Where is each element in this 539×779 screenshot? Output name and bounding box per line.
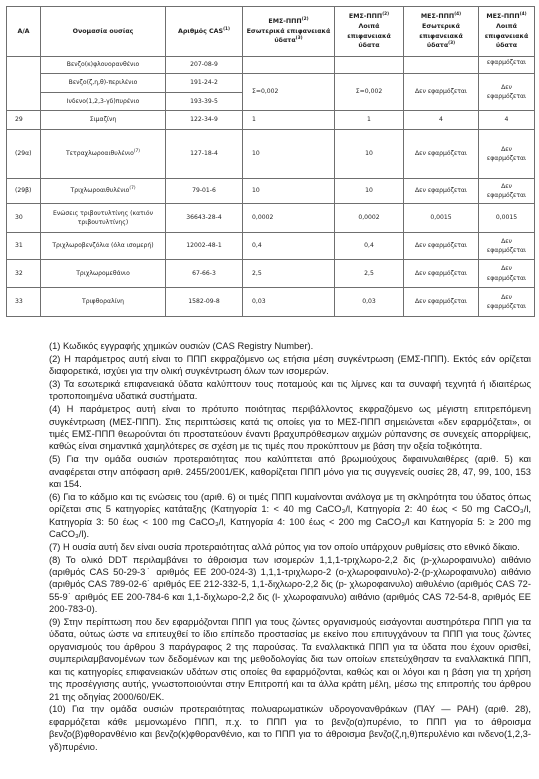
ems-other-value: 1 <box>335 111 404 130</box>
substance-name: Τριχλωρομεθάνιο <box>41 260 166 288</box>
ems-inland-value: 10 <box>243 179 335 204</box>
priority-substances-table: Α/Α Ονομασία ουσίας Αριθμός CAS(1) ΕΜΣ-Π… <box>6 6 535 317</box>
footnote-6: (6) Για το κάδμιο και τις ενώσεις του (α… <box>49 491 531 541</box>
substance-name: Τριχλωροβενζόλια (όλα ισομερή) <box>41 233 166 260</box>
ems-inland-value: 10 <box>243 130 335 179</box>
row-aa: (29α) <box>7 130 41 179</box>
cas-number: 127-18-4 <box>166 130 243 179</box>
table-row: (29β)Τριχλωροαιθυλένιο(7)79-01-61010Δεν … <box>7 179 535 204</box>
header-ems-inland: ΕΜΣ-ΠΠΠ(2)Εσωτερικά επιφανειακά ύδατα(3) <box>243 7 335 57</box>
mes-other-value: 4 <box>479 111 535 130</box>
cas-number: 36643-28-4 <box>166 204 243 233</box>
header-mes-other: ΜΕΣ-ΠΠΠ(4)Λοιπά επιφανειακά ύδατα <box>479 7 535 57</box>
footnotes: (1) Κωδικός εγγραφής χημικών ουσιών (CAS… <box>49 340 531 753</box>
table-row: 31Τριχλωροβενζόλια (όλα ισομερή)12002-48… <box>7 233 535 260</box>
mes-inland-value: Δεν εφαρμόζεται <box>404 130 479 179</box>
footnote-5: (5) Για την ομάδα ουσιών προτεραιότητας … <box>49 453 531 490</box>
ems-inland-value: 1 <box>243 111 335 130</box>
row-aa: 30 <box>7 204 41 233</box>
row-aa: 33 <box>7 288 41 317</box>
table-row: Βενζο(κ)φλουορανθένιο 207-08-9 εφαρμόζετ… <box>7 57 535 74</box>
row-aa: 29 <box>7 111 41 130</box>
mes-other-value: 0,0015 <box>479 204 535 233</box>
ems-inland-value: 0,03 <box>243 288 335 317</box>
mes-other-value: Δεν εφαρμόζεται <box>479 179 535 204</box>
footnote-8: (8) Το ολικό DDT περιλαμβάνει το άθροισμ… <box>49 554 531 616</box>
cas-number: 207-08-9 <box>166 57 243 74</box>
ems-inland-value: 0,0002 <box>243 204 335 233</box>
ems-other-value: 0,4 <box>335 233 404 260</box>
substance-name: Ινδενο(1,2,3-γδ)πυρένιο <box>41 93 166 111</box>
row-aa: (29β) <box>7 179 41 204</box>
mes-other-value: Δεν εφαρμόζεται <box>479 288 535 317</box>
substance-name: Βενζο(ζ,η,θ)-περιλένιο <box>41 74 166 93</box>
substance-name: Βενζο(κ)φλουορανθένιο <box>41 57 166 74</box>
substance-name: Ενώσεις τριβουτυλτίνης (κατιόν τριβουτυλ… <box>41 204 166 233</box>
table-row: (29α)Τετραχλωροαιθυλένιο(7)127-18-41010Δ… <box>7 130 535 179</box>
footnote-3: (3) Τα εσωτερικά επιφανειακά ύδατα καλύπ… <box>49 378 531 403</box>
mes-other-value: Δεν εφαρμόζεται <box>479 260 535 288</box>
mes-inland-empty <box>404 57 479 74</box>
substance-name: Τριχλωροαιθυλένιο(7) <box>41 179 166 204</box>
substance-name: Τριφθοραλίνη <box>41 288 166 317</box>
ems-inland-value: 2,5 <box>243 260 335 288</box>
ems-other-value: 2,5 <box>335 260 404 288</box>
mes-inland-value: Δεν εφαρμόζεται <box>404 179 479 204</box>
header-mes-inland: ΜΕΣ-ΠΠΠ(4)Εσωτερικά επιφανειακά ύδατα(3) <box>404 7 479 57</box>
ems-other-empty <box>335 57 404 74</box>
mes-inland-value: Δεν εφαρμόζεται <box>404 74 479 111</box>
footnote-2: (2) Η παράμετρος αυτή είναι το ΠΠΠ εκφρα… <box>49 353 531 378</box>
cas-number: 79-01-6 <box>166 179 243 204</box>
row-aa: 31 <box>7 233 41 260</box>
mes-inland-value: 4 <box>404 111 479 130</box>
header-ems-other: ΕΜΣ-ΠΠΠ(2)Λοιπά επιφανειακά ύδατα <box>335 7 404 57</box>
cas-number: 1582-09-8 <box>166 288 243 317</box>
cas-number: 191-24-2 <box>166 74 243 93</box>
ems-other-value: 0,0002 <box>335 204 404 233</box>
mes-inland-value: 0,0015 <box>404 204 479 233</box>
mes-inland-value: Δεν εφαρμόζεται <box>404 233 479 260</box>
footnote-7: (7) Η ουσία αυτή δεν είναι ουσία προτερα… <box>49 541 531 553</box>
mes-other-top: εφαρμόζεται <box>479 57 535 74</box>
table-row: 33Τριφθοραλίνη1582-09-80,030,03Δεν εφαρμ… <box>7 288 535 317</box>
cas-number: 122-34-9 <box>166 111 243 130</box>
cas-number: 67-66-3 <box>166 260 243 288</box>
footnote-1: (1) Κωδικός εγγραφής χημικών ουσιών (CAS… <box>49 340 531 352</box>
footnote-9: (9) Στην περίπτωση που δεν εφαρμόζονται … <box>49 616 531 703</box>
table-row: 32Τριχλωρομεθάνιο67-66-32,52,5Δεν εφαρμό… <box>7 260 535 288</box>
ems-inland-empty <box>243 57 335 74</box>
mes-inland-value: Δεν εφαρμόζεται <box>404 260 479 288</box>
ems-other-value: 10 <box>335 179 404 204</box>
table-row: 30Ενώσεις τριβουτυλτίνης (κατιόν τριβουτ… <box>7 204 535 233</box>
substance-name: Τετραχλωροαιθυλένιο(7) <box>41 130 166 179</box>
cas-number: 193-39-5 <box>166 93 243 111</box>
ems-other-value: Σ=0,002 <box>335 74 404 111</box>
group-aa-cell <box>7 57 41 111</box>
table-header-row: Α/Α Ονομασία ουσίας Αριθμός CAS(1) ΕΜΣ-Π… <box>7 7 535 57</box>
footnote-4: (4) Η παράμετρος αυτή είναι το πρότυπο π… <box>49 403 531 453</box>
header-cas: Αριθμός CAS(1) <box>166 7 243 57</box>
mes-other-value: Δεν εφαρμόζεται <box>479 130 535 179</box>
footnote-10: (10) Για την ομάδα ουσιών προτεραιότητας… <box>49 703 531 753</box>
mes-inland-value: Δεν εφαρμόζεται <box>404 288 479 317</box>
header-aa: Α/Α <box>7 7 41 57</box>
header-substance-name: Ονομασία ουσίας <box>41 7 166 57</box>
substance-name: Σιμαζίνη <box>41 111 166 130</box>
mes-other-value: Δεν εφαρμόζεται <box>479 74 535 111</box>
ems-other-value: 10 <box>335 130 404 179</box>
row-aa: 32 <box>7 260 41 288</box>
cas-number: 12002-48-1 <box>166 233 243 260</box>
table-row: 29Σιμαζίνη122-34-91144 <box>7 111 535 130</box>
ems-other-value: 0,03 <box>335 288 404 317</box>
ems-inland-value: 0,4 <box>243 233 335 260</box>
table-row: Βενζο(ζ,η,θ)-περιλένιο 191-24-2 Σ=0,002 … <box>7 74 535 93</box>
mes-other-value: Δεν εφαρμόζεται <box>479 233 535 260</box>
ems-inland-value: Σ=0,002 <box>243 74 335 111</box>
